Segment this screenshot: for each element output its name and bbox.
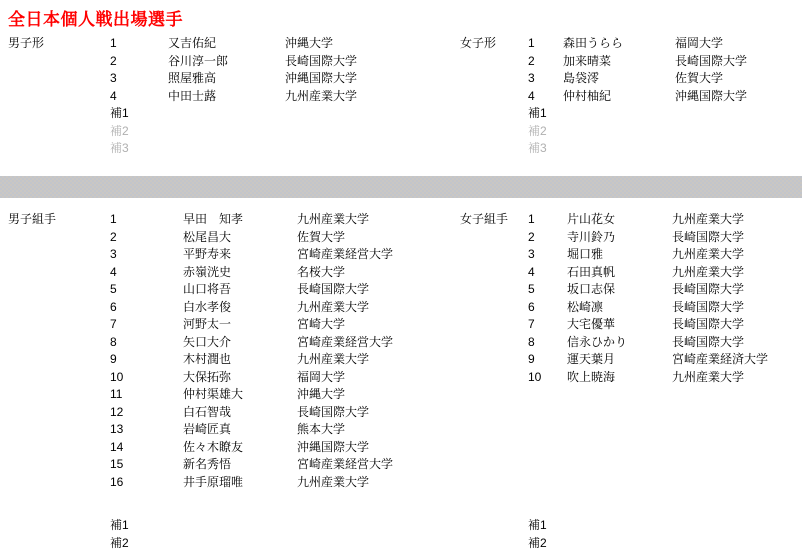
- entry-row: 1 片山花女 九州産業大学: [528, 211, 768, 229]
- entry-name: 白石智哉: [183, 404, 297, 422]
- entry-number: 16: [110, 474, 183, 492]
- reserve-row: 補1: [110, 105, 357, 123]
- womens-kata-reserves: 補1 補2 補3: [528, 105, 747, 158]
- entry-name: 片山花女: [567, 211, 672, 229]
- entry-row: 4 石田真帆 九州産業大学: [528, 264, 768, 282]
- page-title: 全日本個人戦出場選手: [8, 5, 183, 30]
- entry-university: 九州産業大学: [672, 211, 744, 229]
- entry-university: 沖縄国際大学: [675, 88, 747, 106]
- entry-name: 坂口志保: [567, 281, 672, 299]
- entry-university: 長崎国際大学: [672, 281, 744, 299]
- entry-number: 3: [528, 70, 563, 88]
- entry-number: 5: [110, 281, 183, 299]
- entry-university: 九州産業大学: [672, 246, 744, 264]
- entry-number: 3: [110, 70, 168, 88]
- entry-university: 宮崎産業経営大学: [297, 456, 393, 474]
- entry-row: 2 松尾昌大 佐賀大学: [110, 229, 393, 247]
- entry-university: 九州産業大学: [672, 369, 744, 387]
- entry-row: 1 又吉佑紀 沖縄大学: [110, 35, 357, 53]
- entry-row: 3 島袋澪 佐賀大学: [528, 70, 747, 88]
- entry-name: 照屋雅高: [168, 70, 285, 88]
- entry-name: 井手原瑠唯: [183, 474, 297, 492]
- entry-university: 沖縄大学: [285, 35, 333, 53]
- entry-name: 新名秀悟: [183, 456, 297, 474]
- entry-number: 6: [110, 299, 183, 317]
- entry-university: 沖縄国際大学: [285, 70, 357, 88]
- entry-university: 九州産業大学: [297, 474, 369, 492]
- entry-university: 佐賀大学: [297, 229, 345, 247]
- entry-number: 2: [110, 229, 183, 247]
- womens-kumite-entries: 1 片山花女 九州産業大学 2 寺川鈴乃 長崎国際大学 3 堀口雅 九州産業大学…: [528, 211, 768, 491]
- entry-name: 矢口大介: [183, 334, 297, 352]
- mens-kata-entries: 1 又吉佑紀 沖縄大学 2 谷川淳一郎 長崎国際大学 3 照屋雅高 沖縄国際大学…: [110, 35, 357, 105]
- reserve-label: 補1: [110, 105, 168, 123]
- entry-name: 仲村柚紀: [563, 88, 675, 106]
- entry-university: 長崎国際大学: [672, 229, 744, 247]
- entry-row: 10 大保拓弥 福岡大学: [110, 369, 393, 387]
- reserve-row: 補2: [110, 123, 357, 141]
- entry-university: 佐賀大学: [675, 70, 723, 88]
- section-divider-bar: [0, 176, 802, 198]
- womens-kata-rows: 1 森田うらら 福岡大学 2 加来晴菜 長崎国際大学 3 島袋澪 佐賀大学 4 …: [528, 35, 747, 158]
- entry-name: 石田真帆: [567, 264, 672, 282]
- entry-name: 吹上暁海: [567, 369, 672, 387]
- entry-name: 加来晴菜: [563, 53, 675, 71]
- entry-name: 早田 知孝: [183, 211, 297, 229]
- entry-name: 寺川鈴乃: [567, 229, 672, 247]
- entry-number: 11: [110, 386, 183, 404]
- entry-number: 10: [528, 369, 567, 387]
- entry-number: 14: [110, 439, 183, 457]
- entry-university: 長崎国際大学: [675, 53, 747, 71]
- entry-row: 1 森田うらら 福岡大学: [528, 35, 747, 53]
- entry-row: 2 寺川鈴乃 長崎国際大学: [528, 229, 768, 247]
- entry-university: 九州産業大学: [285, 88, 357, 106]
- reserve-row: 補2: [110, 535, 393, 553]
- womens-kumite-reserves: 補1 補2: [528, 517, 768, 552]
- entry-name: 大宅優華: [567, 316, 672, 334]
- entry-name: 森田うらら: [563, 35, 675, 53]
- reserve-label: 補1: [528, 517, 567, 535]
- entry-row: 2 谷川淳一郎 長崎国際大学: [110, 53, 357, 71]
- mens-kata-reserves: 補1 補2 補3: [110, 105, 357, 158]
- entry-row: 9 運天葉月 宮崎産業経済大学: [528, 351, 768, 369]
- entry-university: 九州産業大学: [672, 264, 744, 282]
- reserve-row: 補2: [528, 535, 768, 553]
- entry-university: 九州産業大学: [297, 351, 369, 369]
- entry-row: 5 坂口志保 長崎国際大学: [528, 281, 768, 299]
- entry-number: 1: [110, 211, 183, 229]
- entry-name: 大保拓弥: [183, 369, 297, 387]
- entry-name: 松尾昌大: [183, 229, 297, 247]
- entry-row: 3 平野寿来 宮崎産業経営大学: [110, 246, 393, 264]
- entry-university: 九州産業大学: [297, 211, 369, 229]
- mens-kumite-rows: 1 早田 知孝 九州産業大学 2 松尾昌大 佐賀大学 3 平野寿来 宮崎産業経営…: [110, 211, 393, 552]
- section-label-womens-kata: 女子形: [460, 35, 496, 53]
- entry-number: 13: [110, 421, 183, 439]
- entry-university: 長崎国際大学: [285, 53, 357, 71]
- reserve-label: 補2: [110, 123, 168, 141]
- entry-row: 7 大宅優華 長崎国際大学: [528, 316, 768, 334]
- entry-university: 長崎国際大学: [297, 281, 369, 299]
- entry-name: 白水孝俊: [183, 299, 297, 317]
- entry-number: 8: [110, 334, 183, 352]
- entry-row: 11 仲村渠雄大 沖縄大学: [110, 386, 393, 404]
- entry-university: 宮崎産業経済大学: [672, 351, 768, 369]
- mens-kumite-reserves: 補1 補2: [110, 517, 393, 552]
- womens-kumite-rows: 1 片山花女 九州産業大学 2 寺川鈴乃 長崎国際大学 3 堀口雅 九州産業大学…: [528, 211, 768, 552]
- entry-university: 熊本大学: [297, 421, 345, 439]
- entry-name: 赤嶺洸史: [183, 264, 297, 282]
- entry-university: 福岡大学: [297, 369, 345, 387]
- entry-number: 1: [528, 211, 567, 229]
- entry-name: 信永ひかり: [567, 334, 672, 352]
- entry-name: 木村潤也: [183, 351, 297, 369]
- entry-university: 宮崎産業経営大学: [297, 246, 393, 264]
- reserve-label: 補3: [110, 140, 168, 158]
- entry-row: 8 信永ひかり 長崎国際大学: [528, 334, 768, 352]
- reserve-label: 補1: [110, 517, 183, 535]
- entry-name: 仲村渠雄大: [183, 386, 297, 404]
- reserve-label: 補2: [528, 535, 567, 553]
- entry-number: 8: [528, 334, 567, 352]
- entry-number: 15: [110, 456, 183, 474]
- mens-kumite-entries: 1 早田 知孝 九州産業大学 2 松尾昌大 佐賀大学 3 平野寿来 宮崎産業経営…: [110, 211, 393, 491]
- entry-name: 松崎凛: [567, 299, 672, 317]
- entry-name: 中田士蕗: [168, 88, 285, 106]
- entry-number: 10: [110, 369, 183, 387]
- entry-row: 3 照屋雅高 沖縄国際大学: [110, 70, 357, 88]
- section-label-mens-kumite: 男子組手: [8, 211, 56, 229]
- section-label-womens-kumite: 女子組手: [460, 211, 508, 229]
- entry-university: 名桜大学: [297, 264, 345, 282]
- reserve-row: 補1: [528, 517, 768, 535]
- entry-number: 4: [110, 88, 168, 106]
- entry-number: 1: [528, 35, 563, 53]
- entry-row: 8 矢口大介 宮崎産業経営大学: [110, 334, 393, 352]
- entry-number: 1: [110, 35, 168, 53]
- entry-number: 7: [110, 316, 183, 334]
- entry-row: 14 佐々木瞭友 沖縄国際大学: [110, 439, 393, 457]
- entry-name: 島袋澪: [563, 70, 675, 88]
- entry-row: 15 新名秀悟 宮崎産業経営大学: [110, 456, 393, 474]
- entry-name: 河野太一: [183, 316, 297, 334]
- entry-name: 谷川淳一郎: [168, 53, 285, 71]
- entry-row: 6 松崎凛 長崎国際大学: [528, 299, 768, 317]
- entry-number: 7: [528, 316, 567, 334]
- entry-university: 沖縄国際大学: [297, 439, 369, 457]
- entry-name: 堀口雅: [567, 246, 672, 264]
- entry-number: 6: [528, 299, 567, 317]
- entry-number: 5: [528, 281, 567, 299]
- entry-row: 5 山口将吾 長崎国際大学: [110, 281, 393, 299]
- entry-row: 6 白水孝俊 九州産業大学: [110, 299, 393, 317]
- entry-number: 4: [528, 264, 567, 282]
- entry-university: 長崎国際大学: [297, 404, 369, 422]
- reserve-gap: [110, 491, 393, 517]
- reserve-label: 補3: [528, 140, 563, 158]
- entry-row: 9 木村潤也 九州産業大学: [110, 351, 393, 369]
- reserve-label: 補2: [528, 123, 563, 141]
- entry-number: 3: [110, 246, 183, 264]
- womens-kata-entries: 1 森田うらら 福岡大学 2 加来晴菜 長崎国際大学 3 島袋澪 佐賀大学 4 …: [528, 35, 747, 105]
- entry-number: 9: [528, 351, 567, 369]
- entry-row: 3 堀口雅 九州産業大学: [528, 246, 768, 264]
- entry-row: 2 加来晴菜 長崎国際大学: [528, 53, 747, 71]
- section-label-mens-kata: 男子形: [8, 35, 44, 53]
- entry-row: 13 岩崎匠真 熊本大学: [110, 421, 393, 439]
- entry-number: 2: [528, 53, 563, 71]
- entry-row: 4 中田士蕗 九州産業大学: [110, 88, 357, 106]
- entry-name: 佐々木瞭友: [183, 439, 297, 457]
- entry-university: 福岡大学: [675, 35, 723, 53]
- entry-row: 16 井手原瑠唯 九州産業大学: [110, 474, 393, 492]
- mens-kata-rows: 1 又吉佑紀 沖縄大学 2 谷川淳一郎 長崎国際大学 3 照屋雅高 沖縄国際大学…: [110, 35, 357, 158]
- entry-row: 4 仲村柚紀 沖縄国際大学: [528, 88, 747, 106]
- entry-name: 岩崎匠真: [183, 421, 297, 439]
- reserve-row: 補3: [110, 140, 357, 158]
- entry-number: 9: [110, 351, 183, 369]
- entry-number: 2: [528, 229, 567, 247]
- entry-university: 宮崎産業経営大学: [297, 334, 393, 352]
- entry-number: 4: [110, 264, 183, 282]
- reserve-row: 補1: [110, 517, 393, 535]
- reserve-row: 補3: [528, 140, 747, 158]
- entry-university: 長崎国際大学: [672, 316, 744, 334]
- entry-row: 10 吹上暁海 九州産業大学: [528, 369, 768, 387]
- entry-name: 運天葉月: [567, 351, 672, 369]
- entry-number: 2: [110, 53, 168, 71]
- entry-name: 山口将吾: [183, 281, 297, 299]
- entry-row: 1 早田 知孝 九州産業大学: [110, 211, 393, 229]
- entry-university: 九州産業大学: [297, 299, 369, 317]
- reserve-gap: [528, 491, 768, 517]
- reserve-label: 補1: [528, 105, 563, 123]
- entry-university: 長崎国際大学: [672, 299, 744, 317]
- entry-university: 沖縄大学: [297, 386, 345, 404]
- entry-number: 12: [110, 404, 183, 422]
- entry-university: 宮崎大学: [297, 316, 345, 334]
- entry-name: 平野寿来: [183, 246, 297, 264]
- entry-university: 長崎国際大学: [672, 334, 744, 352]
- reserve-row: 補1: [528, 105, 747, 123]
- roster-page: 全日本個人戦出場選手 男子形 1 又吉佑紀 沖縄大学 2 谷川淳一郎 長崎国際大…: [0, 0, 802, 554]
- entry-name: 又吉佑紀: [168, 35, 285, 53]
- entry-number: 4: [528, 88, 563, 106]
- entry-row: 4 赤嶺洸史 名桜大学: [110, 264, 393, 282]
- entry-number: 3: [528, 246, 567, 264]
- entry-row: 12 白石智哉 長崎国際大学: [110, 404, 393, 422]
- reserve-row: 補2: [528, 123, 747, 141]
- entry-row: 7 河野太一 宮崎大学: [110, 316, 393, 334]
- reserve-label: 補2: [110, 535, 183, 553]
